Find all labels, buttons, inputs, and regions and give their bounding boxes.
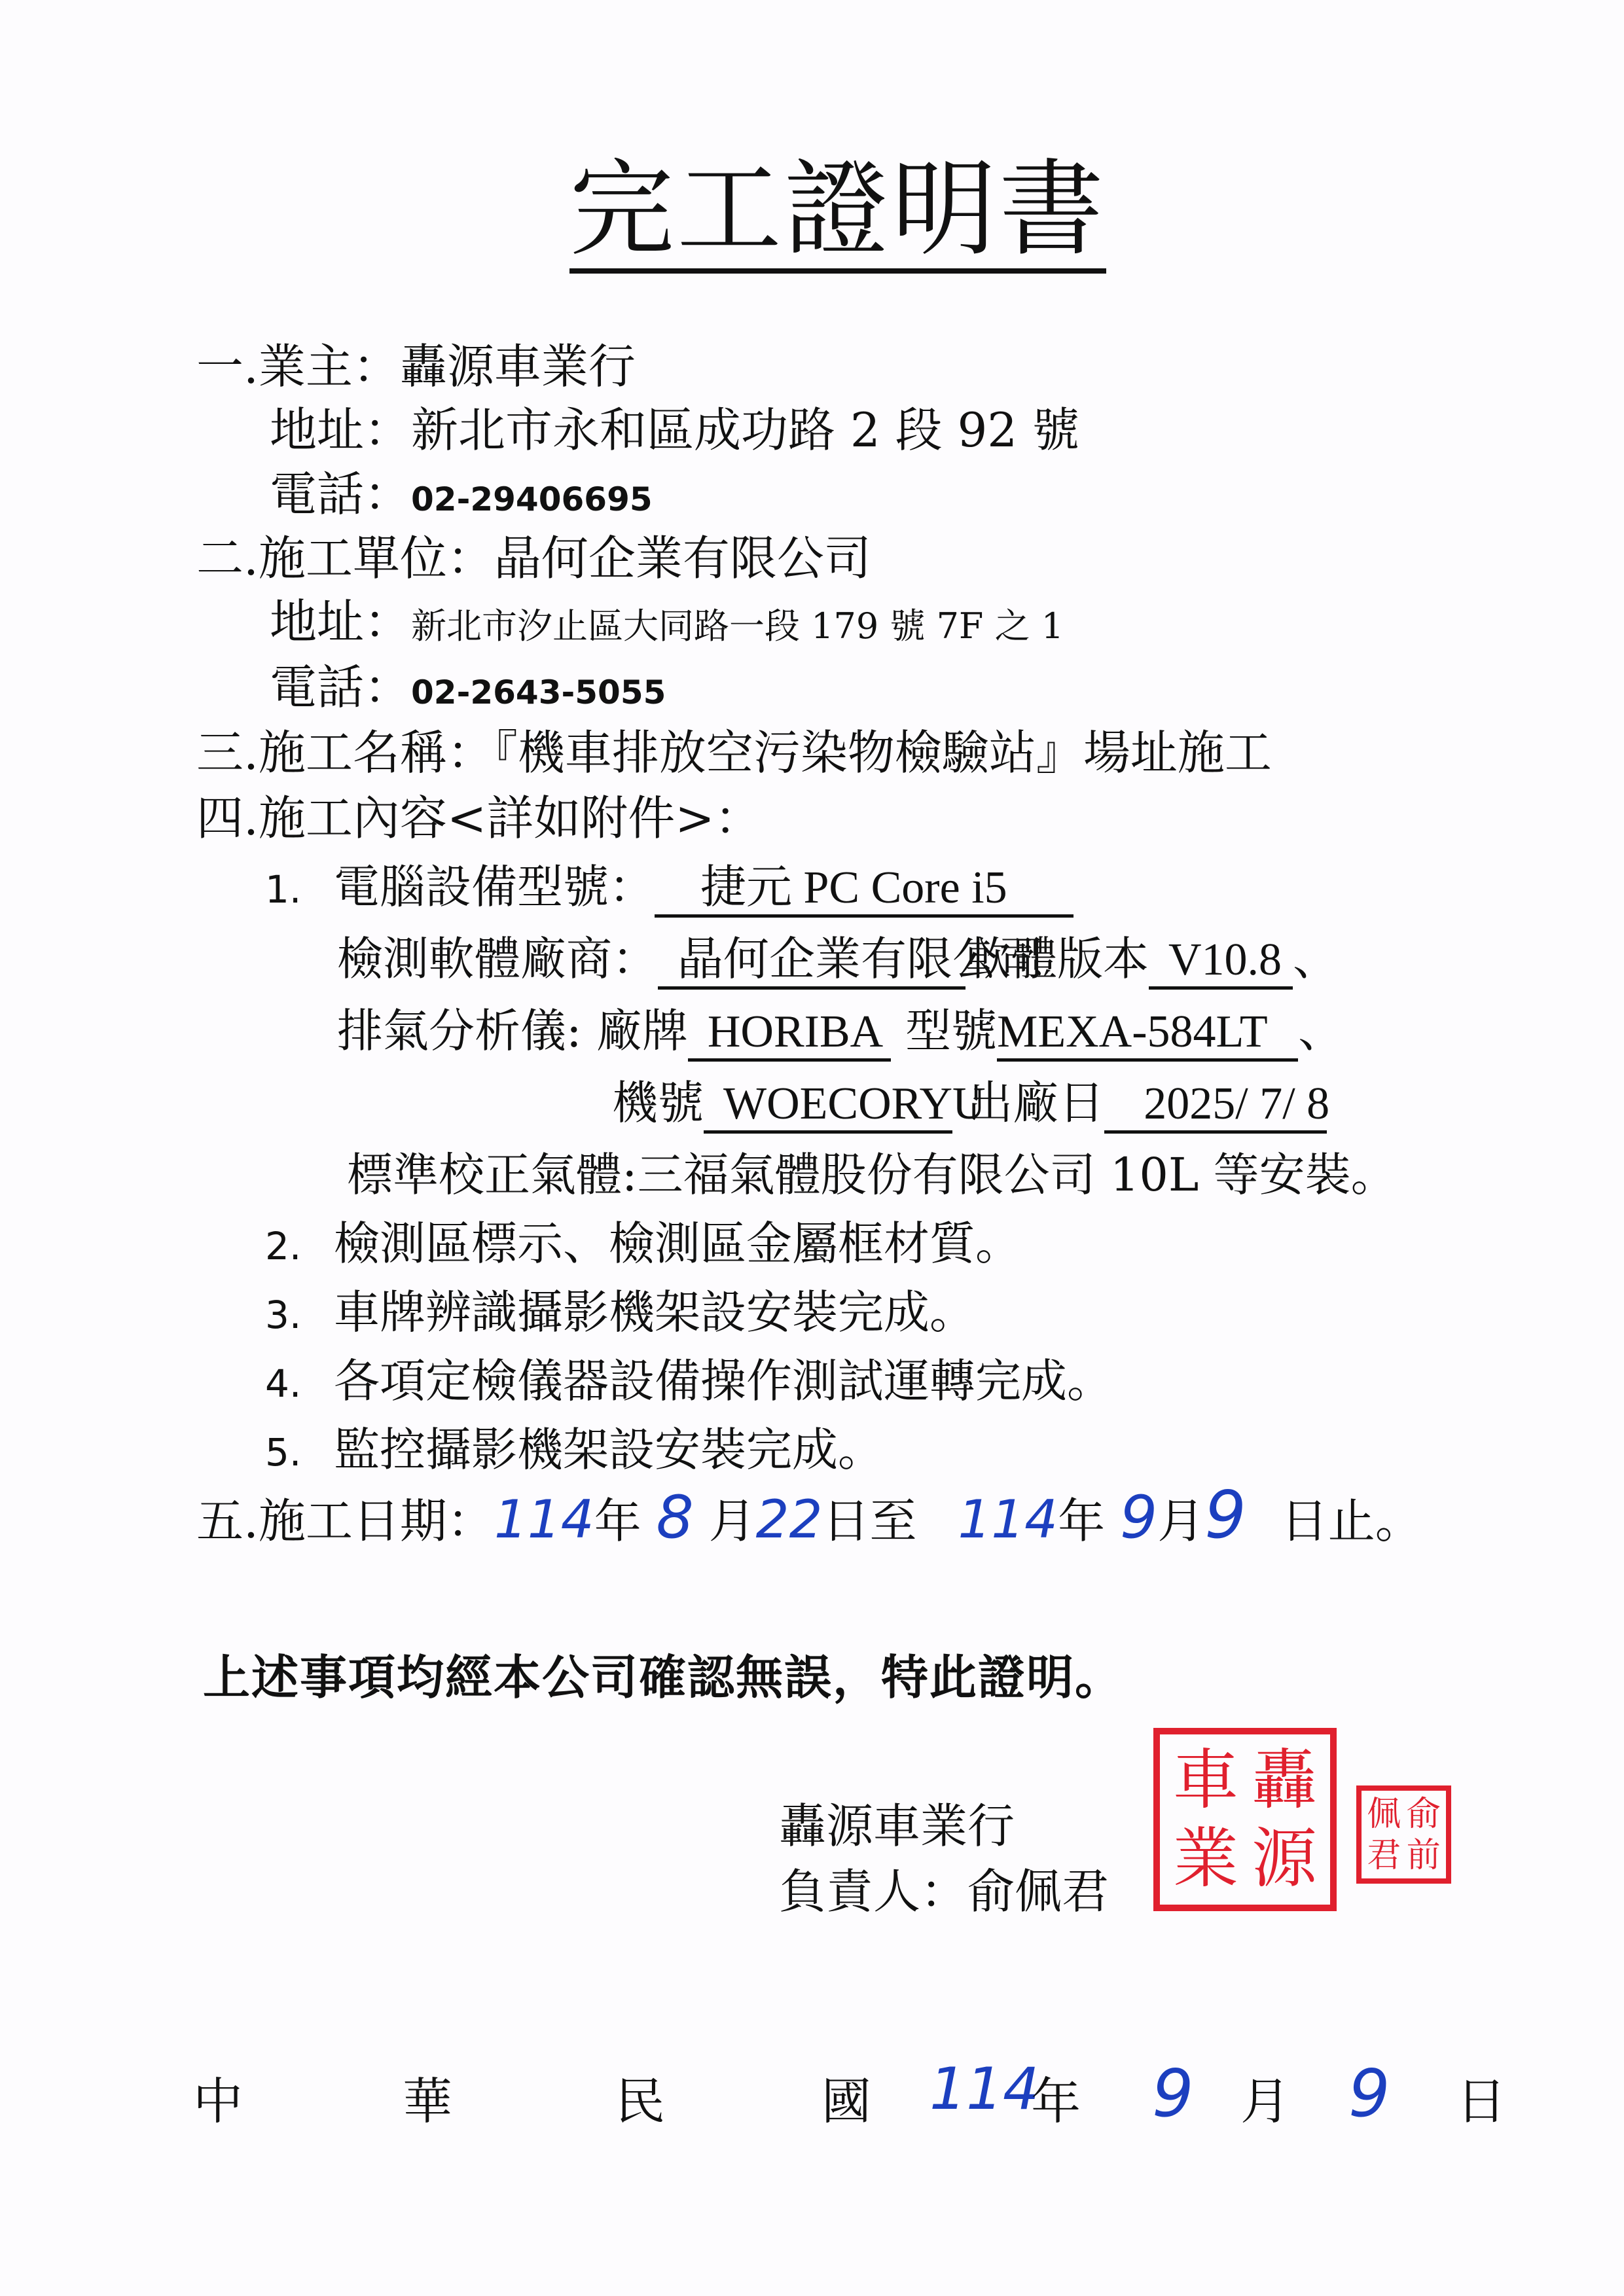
list-item: 5.監控攝影機架設安裝完成。 [265, 1420, 884, 1482]
seal-char: 業 [1166, 1820, 1245, 1898]
year-char: 年 [594, 1494, 641, 1549]
representative-name: 俞佩君 [967, 1864, 1109, 1919]
contractor-address: 新北市汐止區大同路一段 179 號 7F 之 1 [411, 605, 1064, 647]
contractor-phone-line: 電話：02-2643-5055 [270, 658, 666, 722]
period-label: 五.施工日期： [196, 1494, 494, 1549]
owner-phone-line: 電話：02-29406695 [270, 465, 653, 529]
owner-phone: 02-29406695 [411, 480, 653, 518]
issue-day-handwritten: 9 [1348, 2055, 1390, 2132]
period-line: 五.施工日期：114年 8 月22日至 114年 9月9 日止。 [196, 1486, 1422, 1551]
mfg-date-label: 出廠日 [967, 1076, 1104, 1130]
computer-model-field: 捷元 PC Core i5 [655, 862, 1074, 918]
item-1-software-line: 檢測軟體廠商：晶何企業有限公司軟體版本V10.8、 [337, 929, 1339, 990]
model-field: MEXA-584LT [997, 1006, 1298, 1062]
contractor-address-label: 地址： [270, 594, 411, 649]
item-text: 監控攝影機架設安裝完成。 [334, 1423, 884, 1477]
issue-month-handwritten: 9 [1152, 2055, 1194, 2132]
serial-label: 機號 [612, 1076, 704, 1130]
end-month-handwritten: 9 [1120, 1483, 1157, 1552]
content-heading: 四.施工內容<詳如附件>： [196, 789, 762, 848]
start-year-handwritten: 114 [494, 1489, 594, 1550]
computer-label: 電腦設備型號： [334, 860, 655, 914]
era-char: 中 [193, 2062, 243, 2133]
end-year-handwritten: 114 [958, 1489, 1058, 1550]
item-text: 車牌辨識攝影機架設安裝完成。 [334, 1285, 975, 1339]
year-char: 年 [1058, 1494, 1105, 1549]
day-end: 日止。 [1281, 1494, 1422, 1549]
issue-year-handwritten: 114 [929, 2055, 1039, 2123]
contractor-phone-label: 電話： [270, 660, 411, 715]
company-seal-stamp: 轟 車 源 業 [1153, 1728, 1337, 1911]
end-day-handwritten: 9 [1204, 1477, 1246, 1553]
list-item: 4.各項定檢儀器設備操作測試運轉完成。 [265, 1352, 1113, 1413]
owner-address-line: 地址：新北市永和區成功路 2 段 92 號 [270, 401, 1079, 459]
month-char: 月 [1157, 1494, 1204, 1549]
seal-char: 佩 [1364, 1793, 1404, 1835]
owner-address-label: 地址： [270, 403, 411, 457]
item-1-computer-line: 1.電腦設備型號：捷元 PC Core i5 [265, 857, 1074, 919]
document-title: 完工證明書 [569, 151, 1106, 274]
item-number: 2. [265, 1217, 334, 1276]
month-char: 月 [1240, 2062, 1290, 2133]
separator: 、 [1293, 932, 1339, 986]
era-char: 華 [403, 2062, 452, 2133]
contractor-address-line: 地址：新北市汐止區大同路一段 179 號 7F 之 1 [270, 592, 1064, 656]
item-text: 各項定檢儀器設備操作測試運轉完成。 [334, 1354, 1113, 1408]
seal-char: 車 [1166, 1741, 1245, 1820]
start-month-handwritten: 8 [657, 1483, 694, 1552]
seal-char: 君 [1364, 1835, 1404, 1876]
separator: 、 [1298, 1004, 1344, 1058]
contractor-phone: 02-2643-5055 [411, 673, 666, 711]
month-char: 月 [709, 1494, 756, 1549]
representative-label: 負責人： [779, 1864, 967, 1919]
contractor-name: 晶何企業有限公司 [494, 531, 871, 586]
project-label: 三.施工名稱： [196, 725, 494, 780]
personal-seal-stamp: 俞 佩 前 君 [1356, 1785, 1451, 1884]
software-vendor-field: 晶何企業有限公司 [658, 934, 965, 990]
day-to: 日至 [822, 1494, 916, 1549]
project-name: 『機車排放空污染物檢驗站』場址施工 [494, 725, 1272, 780]
issue-date-row: 中 華 民 國 114 年 9 月 9 日 [0, 2062, 1624, 2140]
mfg-date-field: 2025/ 7/ 8 [1104, 1078, 1327, 1134]
item-1-analyzer-line: 排氣分析儀: 廠牌HORIBA 型號MEXA-584LT、 [337, 1001, 1344, 1062]
item-number: 4. [265, 1354, 334, 1413]
owner-address: 新北市永和區成功路 2 段 92 號 [411, 403, 1079, 457]
brand-field: HORIBA [688, 1006, 891, 1062]
item-number: 1. [265, 860, 334, 919]
item-text: 檢測區標示、檢測區金屬框材質。 [334, 1217, 1021, 1270]
signature-company: 轟源車業行 [779, 1793, 1015, 1859]
owner-label: 一.業主： [196, 339, 400, 394]
analyzer-label: 排氣分析儀: [337, 1004, 582, 1058]
closing-statement: 上述事項均經本公司確認無誤，特此證明。 [203, 1640, 1123, 1708]
seal-char: 前 [1404, 1835, 1444, 1876]
model-label: 型號 [905, 1004, 997, 1058]
list-item: 2.檢測區標示、檢測區金屬框材質。 [265, 1214, 1021, 1276]
signature-representative-line: 負責人：俞佩君 [779, 1859, 1109, 1924]
software-version-field: V10.8 [1149, 934, 1293, 990]
calibration-gas-line: 標準校正氣體:三福氣體股份有限公司 10L 等安裝。 [347, 1145, 1397, 1204]
seal-char: 源 [1245, 1820, 1324, 1898]
serial-field: WOECORYU [704, 1078, 952, 1134]
owner-line: 一.業主：轟源車業行 [196, 337, 636, 396]
owner-name: 轟源車業行 [400, 339, 636, 394]
contractor-line: 二.施工單位：晶何企業有限公司 [196, 529, 871, 588]
start-day-handwritten: 22 [756, 1489, 823, 1550]
owner-phone-label: 電話： [270, 467, 411, 522]
era-char: 國 [821, 2062, 871, 2133]
list-item: 3.車牌辨識攝影機架設安裝完成。 [265, 1283, 975, 1344]
software-version-label: 軟體版本 [965, 932, 1149, 986]
software-vendor-label: 檢測軟體廠商： [337, 932, 658, 986]
year-char: 年 [1031, 2062, 1081, 2133]
item-number: 3. [265, 1285, 334, 1344]
item-number: 5. [265, 1423, 334, 1482]
day-char: 日 [1456, 2062, 1506, 2133]
item-1-serial-line: 機號WOECORYU 出廠日2025/ 7/ 8 [612, 1073, 1327, 1134]
project-line: 三.施工名稱：『機車排放空污染物檢驗站』場址施工 [196, 723, 1272, 782]
contractor-label: 二.施工單位： [196, 531, 494, 586]
brand-label: 廠牌 [596, 1004, 688, 1058]
seal-char: 轟 [1245, 1741, 1324, 1820]
era-char: 民 [615, 2062, 665, 2133]
seal-char: 俞 [1404, 1793, 1444, 1835]
